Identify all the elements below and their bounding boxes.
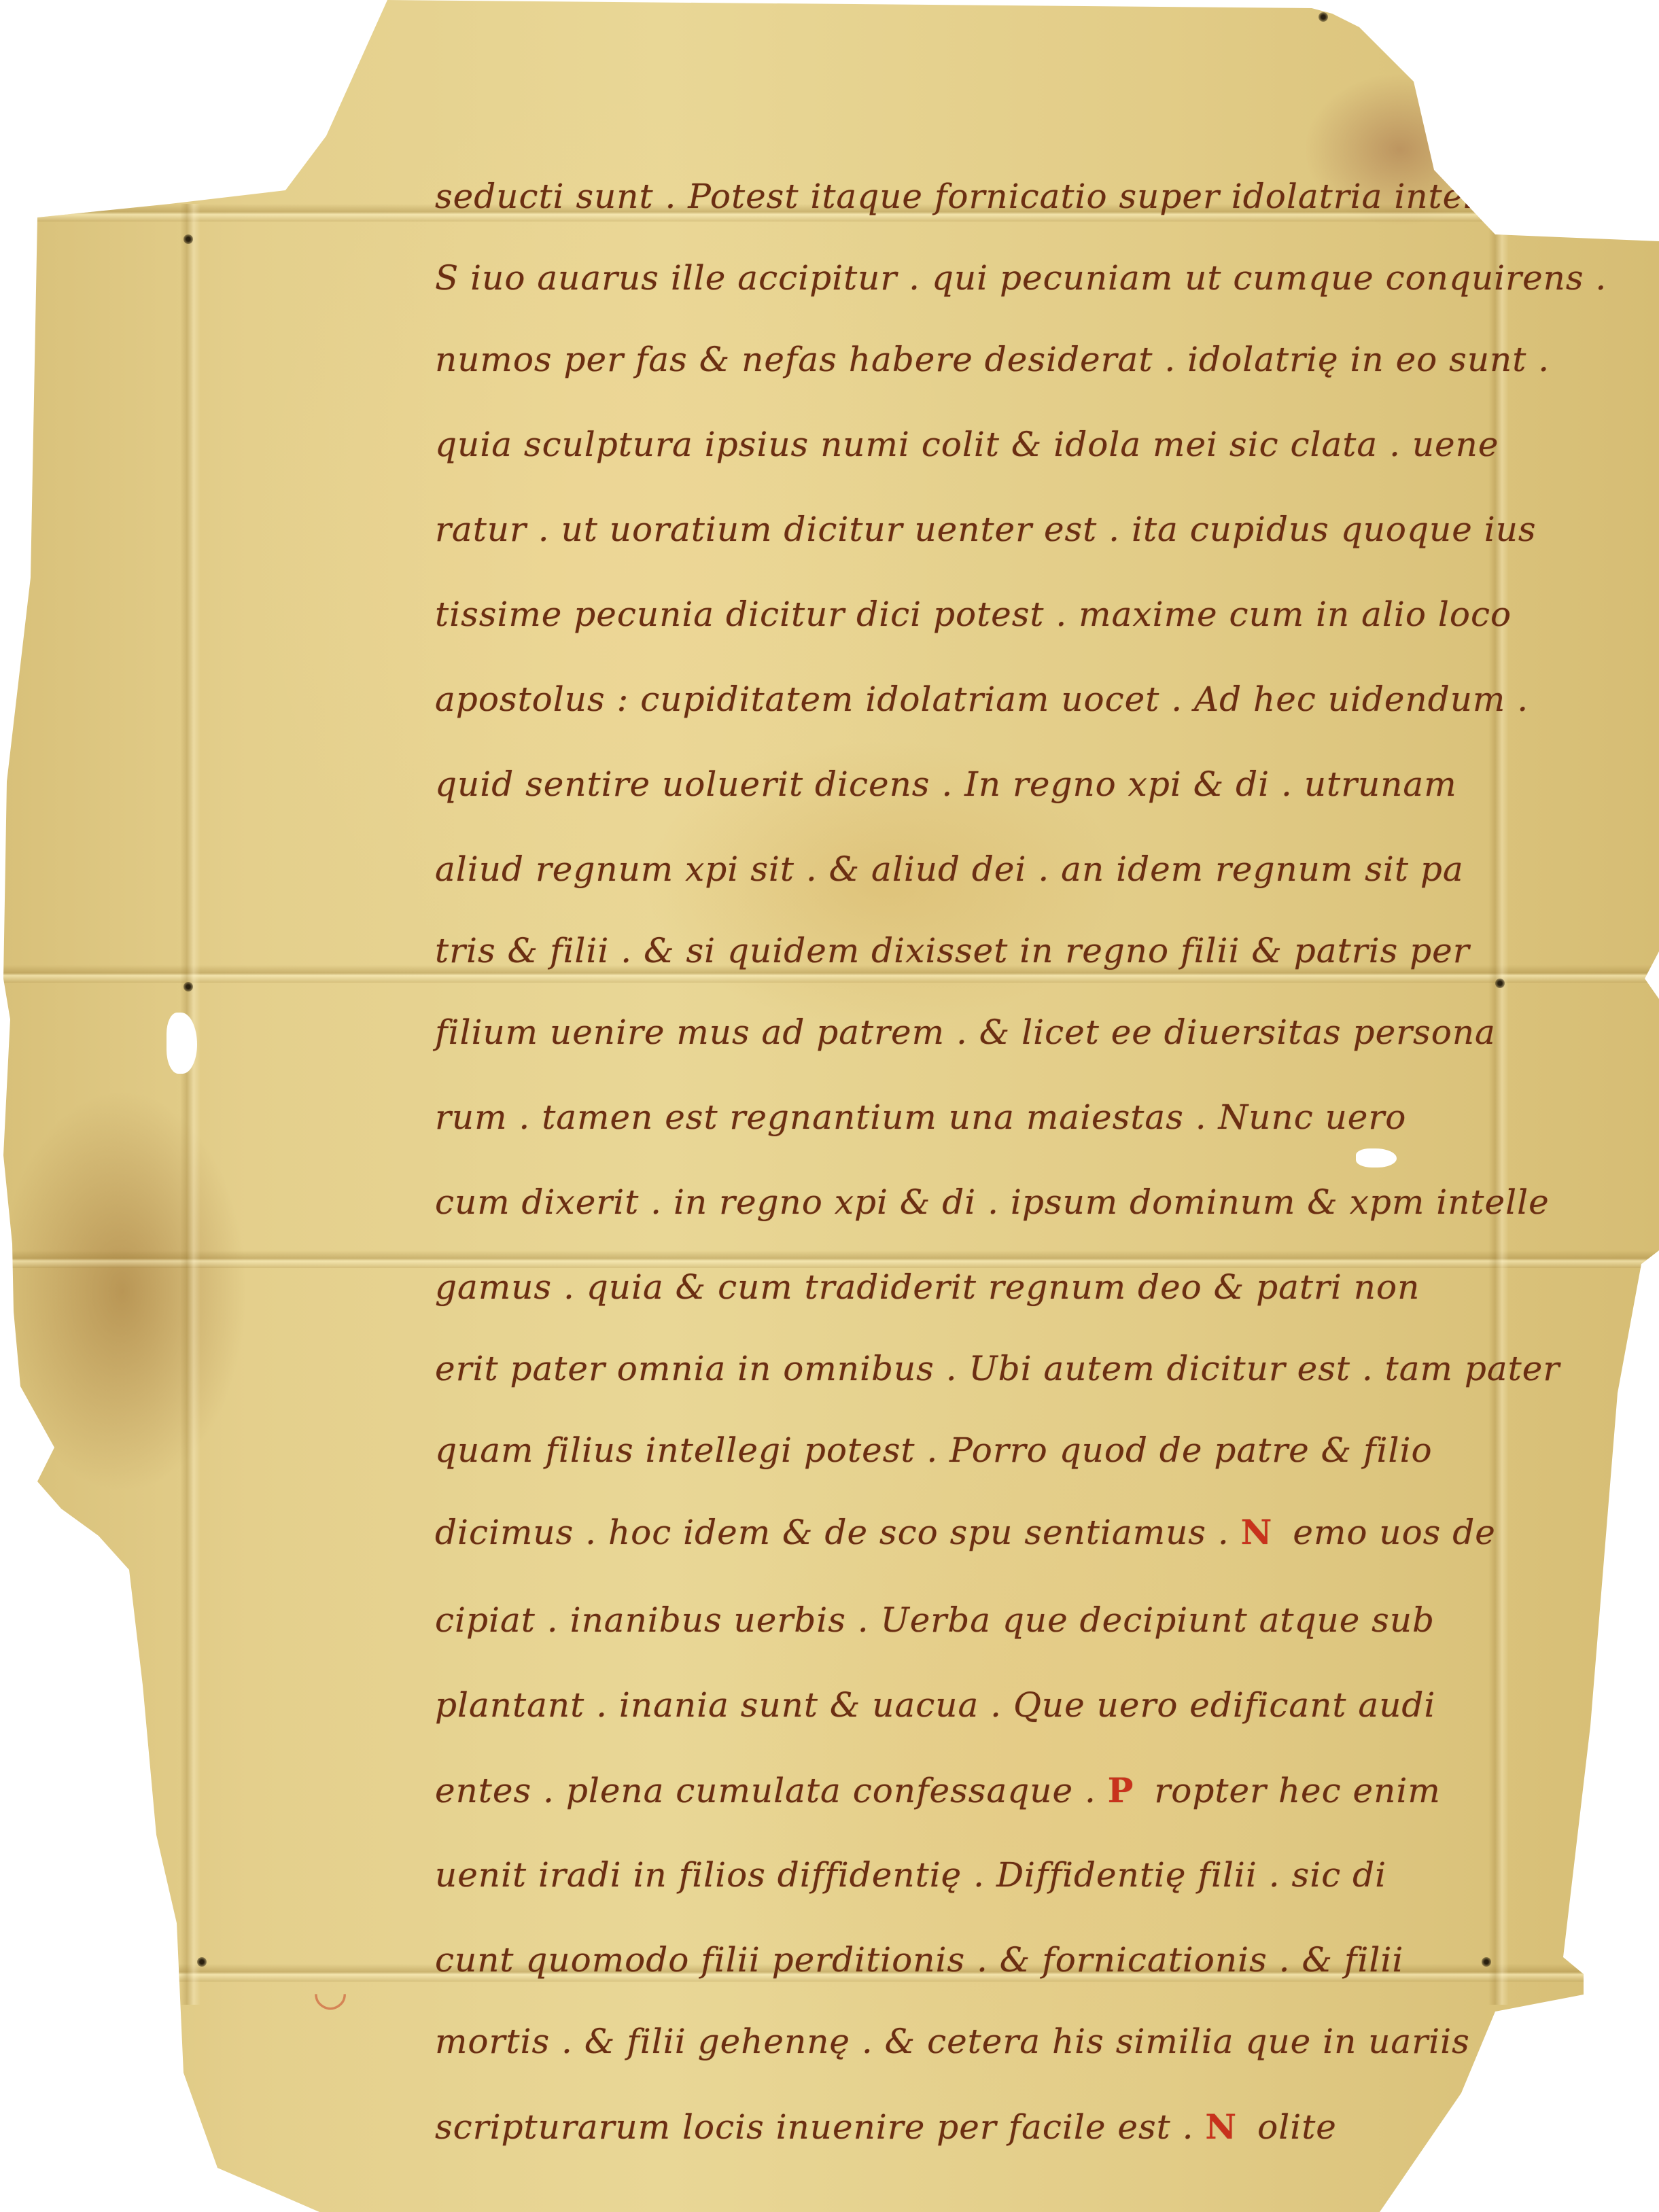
parchment-leaf: ◡ seducti sunt . Potest itaque fornicati… [0, 0, 1659, 2212]
pin-hole [197, 1957, 207, 1967]
text-line-2: S iuo auarus ille accipitur . qui pecuni… [435, 258, 1607, 298]
text-line-6: tissime pecunia dicitur dici potest . ma… [435, 595, 1512, 634]
text-line-5: ratur . ut uoratium dicitur uenter est .… [435, 510, 1537, 549]
text-line-14: gamus . quia & cum tradiderit regnum deo… [435, 1267, 1420, 1307]
red-margin-mark: ◡ [313, 1967, 348, 2015]
text-line-7: apostolus : cupiditatem idolatriam uocet… [435, 680, 1529, 719]
text-line-24: scripturarum locis inuenire per facile e… [435, 2107, 1337, 2147]
text-line-23: mortis . & filii gehennę . & cetera his … [435, 2022, 1470, 2061]
pin-hole [184, 982, 193, 991]
rubricated-initial-n: N [1241, 1512, 1273, 1552]
text-line-9: aliud regnum xpi sit . & aliud dei . an … [435, 849, 1464, 889]
text-line-10: tris & filii . & si quidem dixisset in r… [435, 931, 1470, 970]
text-line-12: rum . tamen est regnantium una maiestas … [435, 1098, 1406, 1137]
text-line-22: cunt quomodo filii perditionis . & forni… [435, 1940, 1403, 1980]
pin-hole [1319, 12, 1328, 22]
text-line-21: uenit iradi in filios diffidentię . Diff… [435, 1855, 1386, 1895]
text-line-19: plantant . inania sunt & uacua . Que uer… [435, 1685, 1435, 1725]
text-line-13: cum dixerit . in regno xpi & di . ipsum … [435, 1182, 1550, 1222]
vertical-fold-left [180, 204, 200, 2005]
rubricated-initial-p: P [1108, 1770, 1134, 1810]
tear-hole-left [167, 1013, 197, 1074]
text-line-18: cipiat . inanibus uerbis . Uerba que dec… [435, 1600, 1435, 1640]
tear-hole-right [1356, 1148, 1397, 1168]
pin-hole [184, 234, 193, 244]
vertical-fold-right [1488, 204, 1509, 2005]
text-line-8: quid sentire uoluerit dicens . In regno … [435, 765, 1457, 804]
text-line-16: quam filius intellegi potest . Porro quo… [435, 1430, 1433, 1470]
text-line-4: quia sculptura ipsius numi colit & idola… [435, 425, 1499, 464]
pin-hole [1495, 979, 1505, 988]
rubricated-initial-n: N [1205, 2107, 1237, 2147]
text-line-1: seducti sunt . Potest itaque fornicatio … [435, 177, 1565, 216]
text-line-3: numos per fas & nefas habere desiderat .… [435, 340, 1550, 379]
text-line-11: filium uenire mus ad patrem . & licet ee… [435, 1013, 1496, 1052]
fold-crease-lower-mid [0, 1250, 1659, 1268]
text-line-17: dicimus . hoc idem & de sco spu sentiamu… [435, 1512, 1496, 1552]
pin-hole [1482, 1957, 1491, 1967]
text-line-15: erit pater omnia in omnibus . Ubi autem … [435, 1349, 1560, 1388]
text-line-20: entes . plena cumulata confessaque . Pro… [435, 1770, 1441, 1810]
